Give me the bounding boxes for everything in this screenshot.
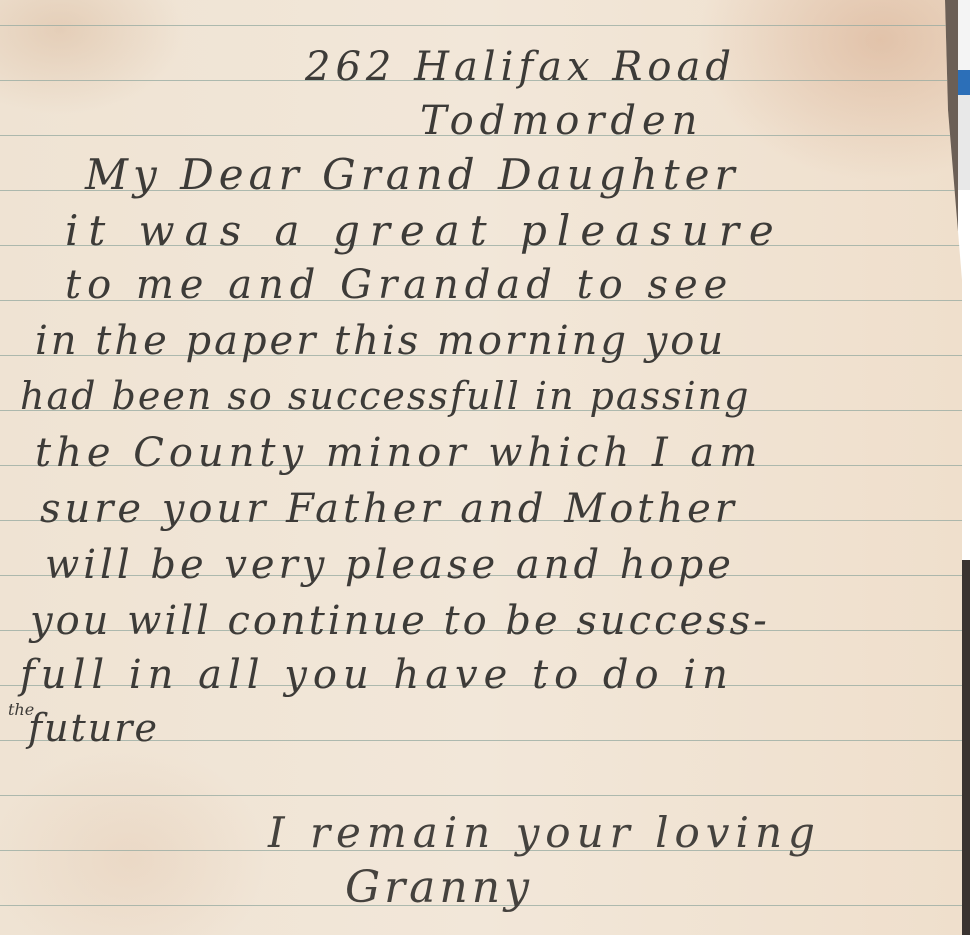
body-line: to me and Grandad to see	[65, 262, 733, 308]
closing: I remain your loving	[268, 808, 821, 857]
lined-paper: 262 Halifax Road Todmorden My Dear Grand…	[0, 0, 962, 935]
address-line-2: Todmorden	[420, 98, 703, 144]
body-line: it was a great pleasure	[65, 206, 784, 255]
body-line: the County minor which I am	[35, 430, 762, 476]
body-line: will be very please and hope	[45, 542, 735, 588]
body-line: sure your Father and Mother	[40, 486, 738, 532]
salutation: My Dear Grand Daughter	[85, 150, 740, 199]
body-line: in the paper this morning you	[35, 318, 726, 364]
ruled-line	[0, 25, 962, 26]
body-line: full in all you have to do in	[20, 652, 734, 698]
body-line: had been so successfull in passing	[20, 374, 750, 418]
ruled-line	[0, 795, 962, 796]
letter-scan: 262 Halifax Road Todmorden My Dear Grand…	[0, 0, 970, 935]
signature: Granny	[345, 862, 533, 913]
body-line: you will continue to be success-	[30, 598, 770, 644]
body-line: future	[28, 706, 159, 750]
address-line-1: 262 Halifax Road	[305, 44, 736, 90]
